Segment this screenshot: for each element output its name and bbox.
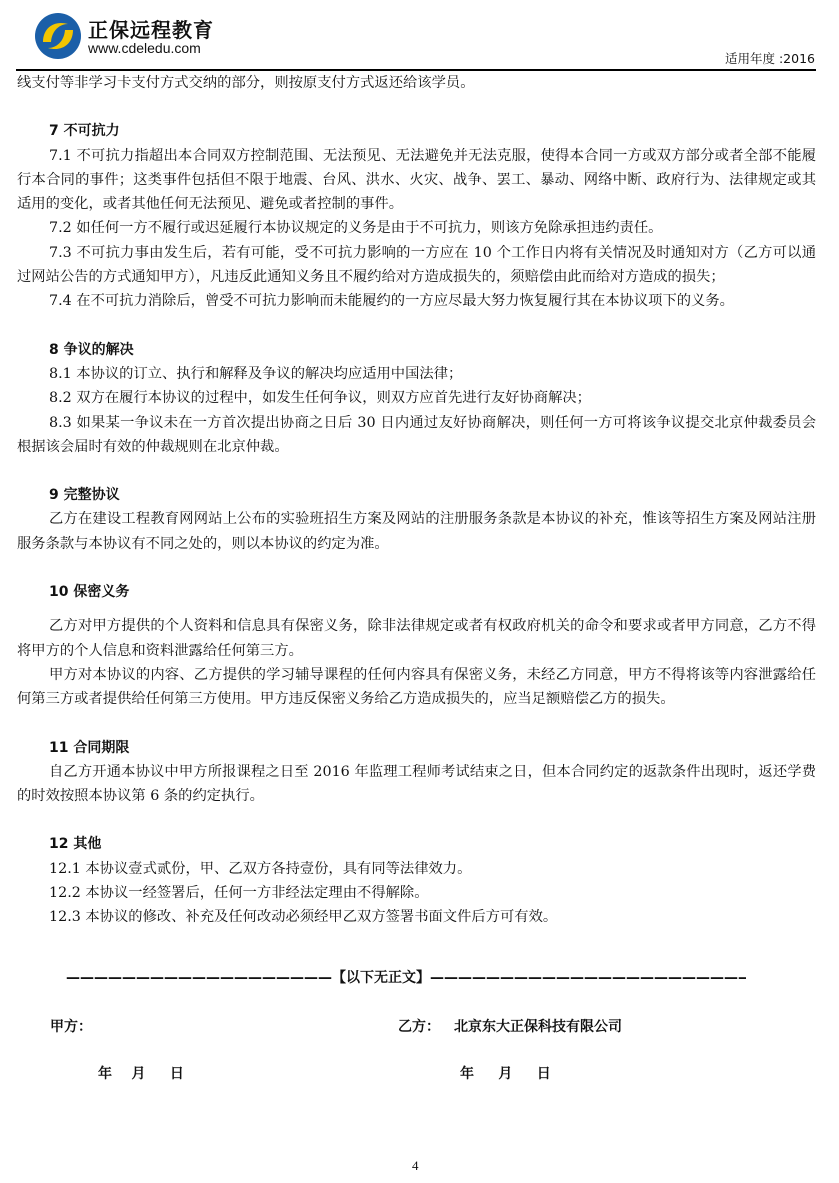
brand-url: www.cdeledu.com [88, 40, 201, 56]
end-of-text-marker: ———————————————————【以下无正文】——————————————… [66, 967, 746, 987]
clause-10-para-1: 乙方对甲方提供的个人资料和信息具有保密义务，除非法律规定或者有权政府机关的命令和… [17, 614, 816, 663]
clause-7-3: 7.3 不可抗力事由发生后，若有可能，受不可抗力影响的一方应在 10 个工作日内… [17, 241, 816, 290]
section-heading-11: 11 合同期限 [17, 736, 816, 760]
clause-8-2: 8.2 双方在履行本协议的过程中，如发生任何争议，则双方应首先进行友好协商解决； [17, 386, 816, 410]
clause-12-1: 12.1 本协议壹式贰份，甲、乙双方各持壹份，具有同等法律效力。 [17, 857, 816, 881]
page-header: 正保远程教育 www.cdeledu.com 适用年度 :2016 [0, 0, 839, 70]
party-b-label: 乙方： [398, 1016, 440, 1036]
clause-12-2: 12.2 本协议一经签署后，任何一方非经法定理由不得解除。 [17, 881, 816, 905]
continuation-text: 线支付等非学习卡支付方式交纳的部分，则按原支付方式返还给该学员。 [17, 71, 816, 95]
clause-11-body: 自乙方开通本协议中甲方所报课程之日至 2016 年监理工程师考试结束之日，但本合… [17, 760, 816, 809]
brand-name: 正保远程教育 [88, 14, 214, 43]
section-heading-7: 7 不可抗力 [17, 119, 816, 143]
party-b-date: 年 月 日 [460, 1063, 551, 1083]
section-heading-8: 8 争议的解决 [17, 338, 816, 362]
party-a-date: 年 月 日 [98, 1063, 184, 1083]
party-b-name: 北京东大正保科技有限公司 [454, 1016, 622, 1036]
cdeledu-logo-icon [34, 12, 82, 60]
section-heading-10: 10 保密义务 [17, 580, 816, 604]
applicable-year: 适用年度 :2016 [725, 49, 815, 67]
clause-8-3: 8.3 如果某一争议未在一方首次提出协商之日后 30 日内通过友好协商解决，则任… [17, 411, 816, 460]
clause-10-para-2: 甲方对本协议的内容、乙方提供的学习辅导课程的任何内容具有保密义务，未经乙方同意，… [17, 663, 816, 712]
clause-7-2: 7.2 如任何一方不履行或迟延履行本协议规定的义务是由于不可抗力，则该方免除承担… [17, 216, 816, 240]
page-number: 4 [412, 1158, 419, 1174]
clause-9-body: 乙方在建设工程教育网网站上公布的实验班招生方案及网站的注册服务条款是本协议的补充… [17, 507, 816, 556]
document-body: 线支付等非学习卡支付方式交纳的部分，则按原支付方式返还给该学员。 7 不可抗力 … [17, 71, 816, 930]
clause-7-1: 7.1 不可抗力指超出本合同双方控制范围、无法预见、无法避免并无法克服，使得本合… [17, 144, 816, 217]
section-heading-9: 9 完整协议 [17, 483, 816, 507]
clause-8-1: 8.1 本协议的订立、执行和解释及争议的解决均应适用中国法律； [17, 362, 816, 386]
section-heading-12: 12 其他 [17, 832, 816, 856]
clause-7-4: 7.4 在不可抗力消除后，曾受不可抗力影响而未能履约的一方应尽最大努力恢复履行其… [17, 289, 816, 313]
clause-12-3: 12.3 本协议的修改、补充及任何改动必须经甲乙双方签署书面文件后方可有效。 [17, 905, 816, 929]
party-a-label: 甲方： [50, 1016, 92, 1036]
